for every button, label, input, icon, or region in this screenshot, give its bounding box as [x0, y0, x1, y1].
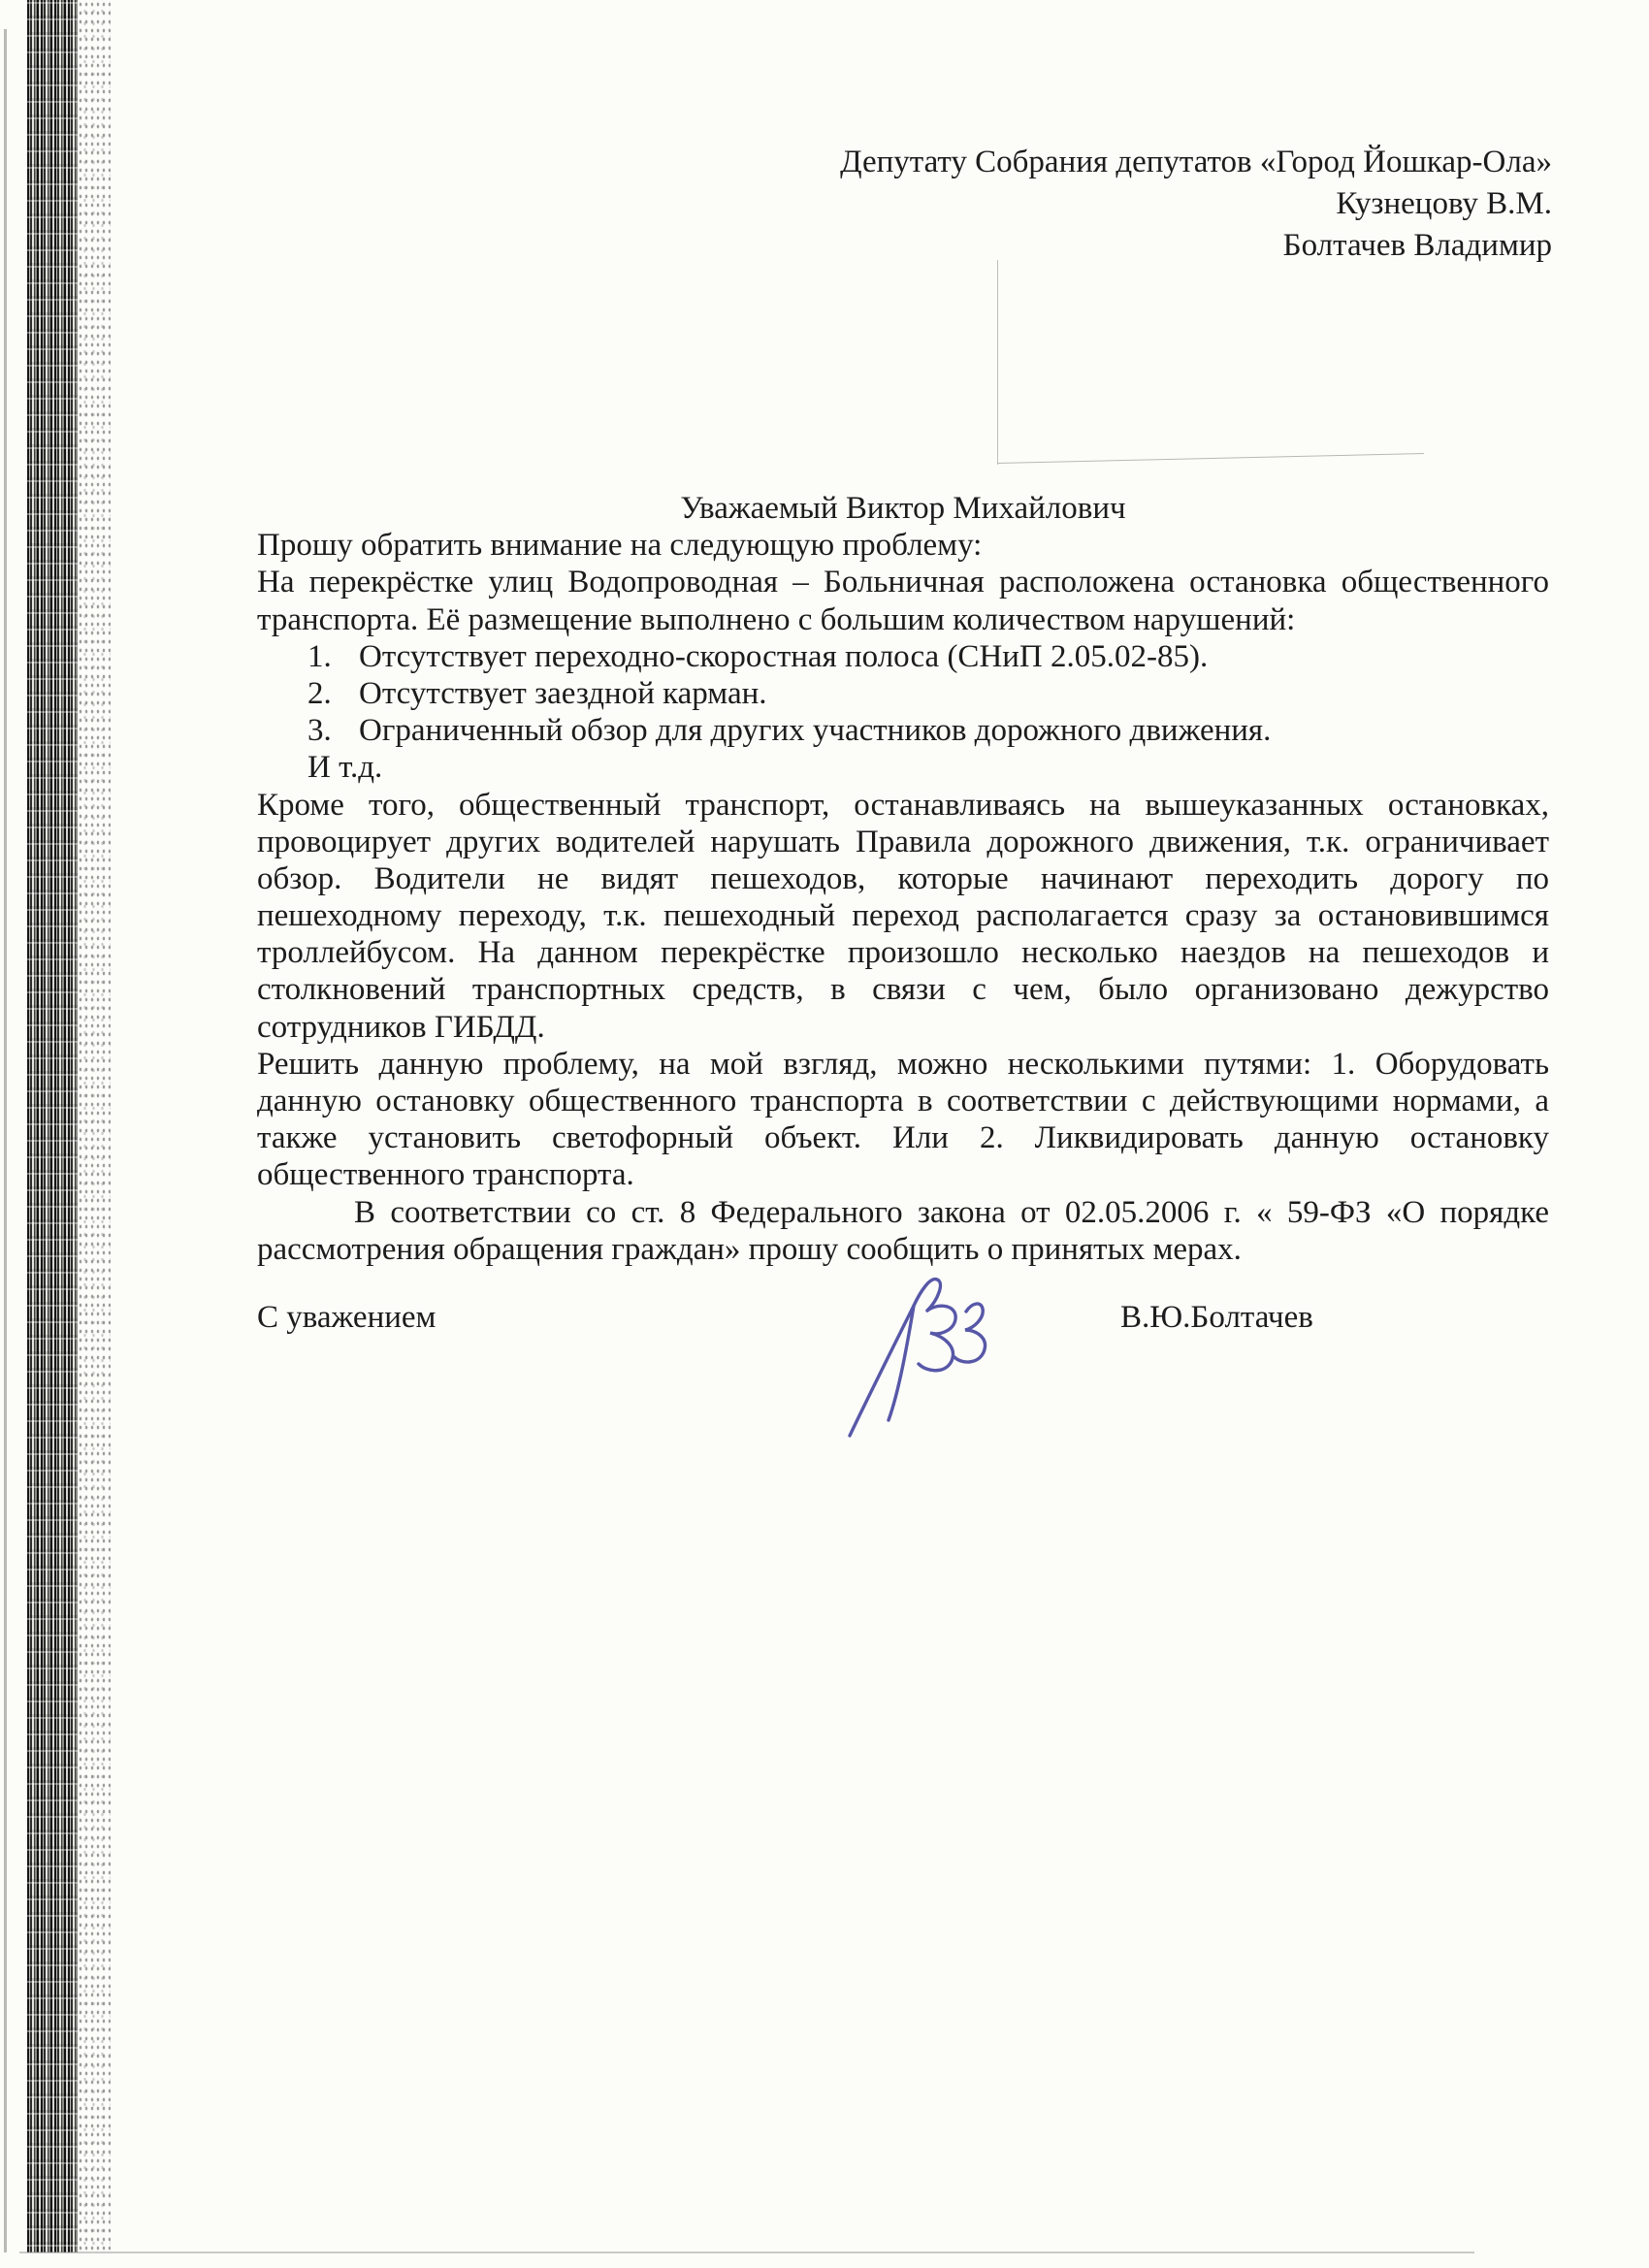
body-line: данную остановку общественного транспорт… [257, 1083, 1549, 1119]
scanner-noise-speckle [78, 0, 111, 2252]
page-bottom-edge-line [19, 2252, 1474, 2253]
body-line: пешеходному переходу, т.к. пешеходный пе… [257, 897, 1549, 934]
body-line: также установить светофорный объект. Или… [257, 1119, 1549, 1156]
body-line: общественного транспорта. [257, 1156, 1549, 1193]
signature-name: В.Ю.Болтачев [1120, 1300, 1313, 1336]
body-line: обзор. Водители не видят пешеходов, кото… [257, 860, 1549, 897]
recipient-line: Болтачев Владимир [840, 225, 1552, 267]
page-left-edge-line [4, 29, 7, 2252]
body-line: 1.Отсутствует переходно-скоростная полос… [257, 638, 1549, 675]
body-line: Уважаемый Виктор Михайлович [257, 490, 1549, 527]
scanned-letter-page: Депутату Собрания депутатов «Город Йошка… [0, 0, 1649, 2268]
list-item-text: Ограниченный обзор для других участников… [359, 713, 1271, 748]
closing-salutation: С уважением [257, 1300, 436, 1336]
recipient-block: Депутату Собрания депутатов «Город Йошка… [840, 142, 1552, 267]
body-line: 3.Ограниченный обзор для других участник… [257, 712, 1549, 749]
list-number: 2. [307, 675, 359, 712]
body-line: На перекрёстке улиц Водопроводная – Боль… [257, 564, 1549, 600]
body-line: столкновений транспортных средств, в свя… [257, 971, 1549, 1008]
scanner-binding-noise-strip [27, 0, 78, 2252]
body-line: И т.д. [257, 749, 1549, 786]
body-line: Кроме того, общественный транспорт, оста… [257, 787, 1549, 824]
list-number: 3. [307, 712, 359, 749]
list-item-text: Отсутствует переходно-скоростная полоса … [359, 639, 1208, 674]
letter-body: Уважаемый Виктор МихайловичПрошу обратит… [257, 490, 1549, 1268]
body-line: транспорта. Её размещение выполнено с бо… [257, 601, 1549, 638]
recipient-line: Кузнецову В.М. [840, 183, 1552, 225]
body-line: сотрудников ГИБДД. [257, 1009, 1549, 1046]
body-line: Решить данную проблему, на мой взгляд, м… [257, 1046, 1549, 1083]
list-item-text: Отсутствует заездной карман. [359, 676, 767, 711]
body-line: рассмотрения обращения граждан» прошу со… [257, 1231, 1549, 1268]
bleed-rectangle-left-edge [997, 260, 998, 465]
body-line: провоцирует других водителей нарушать Пр… [257, 824, 1549, 860]
signature-scribble [823, 1273, 1028, 1440]
bleed-rectangle-bottom-edge [997, 453, 1424, 464]
recipient-line: Депутату Собрания депутатов «Город Йошка… [840, 142, 1552, 183]
body-line: В соответствии со ст. 8 Федерального зак… [257, 1194, 1549, 1231]
body-line: троллейбусом. На данном перекрёстке прои… [257, 934, 1549, 971]
list-number: 1. [307, 638, 359, 675]
body-line: Прошу обратить внимание на следующую про… [257, 527, 1549, 564]
body-line: 2.Отсутствует заездной карман. [257, 675, 1549, 712]
